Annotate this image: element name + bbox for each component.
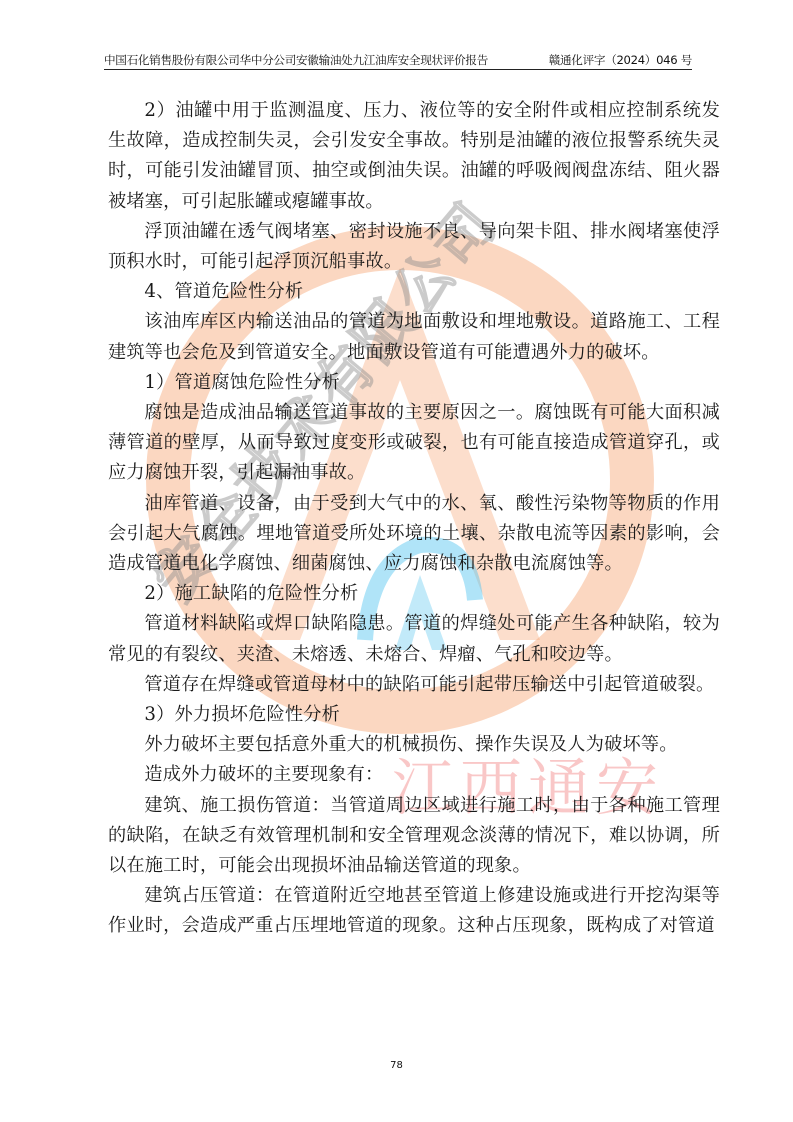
page-number: 78 [0, 1060, 793, 1071]
subsection-heading: 3）外力损坏危险性分析 [108, 700, 720, 730]
paragraph: 腐蚀是造成油品输送管道事故的主要原因之一。腐蚀既有可能大面积减薄管道的壁厚，从而… [108, 398, 720, 489]
document-body: 2）油罐中用于监测温度、压力、液位等的安全附件或相应控制系统发生故障，造成控制失… [108, 96, 720, 942]
section-heading: 4、管道危险性分析 [108, 277, 720, 307]
paragraph: 建筑占压管道：在管道附近空地甚至管道上修建设施或进行开挖沟渠等作业时，会造成严重… [108, 881, 720, 941]
paragraph: 2）油罐中用于监测温度、压力、液位等的安全附件或相应控制系统发生故障，造成控制失… [108, 96, 720, 217]
subsection-heading: 1）管道腐蚀危险性分析 [108, 368, 720, 398]
document-code: 赣通化评字（2024）046 号 [549, 52, 692, 68]
paragraph: 浮顶油罐在透气阀堵塞、密封设施不良、导向架卡阻、排水阀堵塞使浮顶积水时，可能引起… [108, 217, 720, 277]
paragraph: 油库管道、设备，由于受到大气中的水、氧、酸性污染物等物质的作用会引起大气腐蚀。埋… [108, 489, 720, 580]
paragraph: 建筑、施工损伤管道：当管道周边区域进行施工时，由于各种施工管理的缺陷，在缺乏有效… [108, 791, 720, 882]
subsection-heading: 2）施工缺陷的危险性分析 [108, 579, 720, 609]
paragraph: 管道材料缺陷或焊口缺陷隐患。管道的焊缝处可能产生各种缺陷，较为常见的有裂纹、夹渣… [108, 609, 720, 669]
report-title: 中国石化销售股份有限公司华中分公司安徽输油处九江油库安全现状评价报告 [104, 52, 488, 68]
paragraph: 外力破坏主要包括意外重大的机械损伤、操作失误及人为破坏等。 [108, 730, 720, 760]
paragraph: 该油库库区内输送油品的管道为地面敷设和埋地敷设。道路施工、工程建筑等也会危及到管… [108, 307, 720, 367]
page-header: 中国石化销售股份有限公司华中分公司安徽输油处九江油库安全现状评价报告 赣通化评字… [104, 50, 692, 70]
paragraph: 管道存在焊缝或管道母材中的缺陷可能引起带压输送中引起管道破裂。 [108, 670, 720, 700]
paragraph: 造成外力破坏的主要现象有： [108, 760, 720, 790]
